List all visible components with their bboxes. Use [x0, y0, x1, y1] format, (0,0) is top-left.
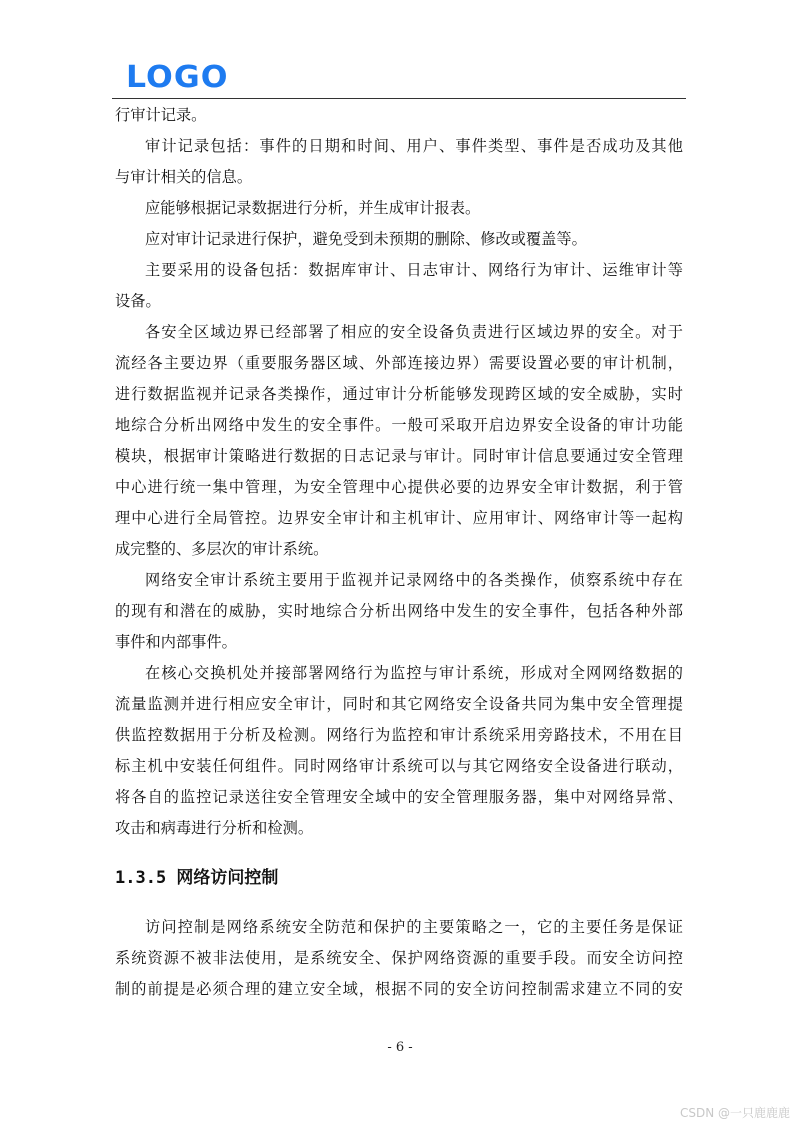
paragraph-line: 系统资源不被非法使用，是系统安全、保护网络资源的重要手段。而安全访问控 [115, 943, 683, 974]
paragraph-line: 与审计相关的信息。 [115, 162, 683, 193]
paragraph-line: 应能够根据记录数据进行分析，并生成审计报表。 [115, 193, 683, 224]
paragraph-line: 应对审计记录进行保护，避免受到未预期的删除、修改或覆盖等。 [115, 224, 683, 255]
paragraph-line: 访问控制是网络系统安全防范和保护的主要策略之一，它的主要任务是保证 [115, 912, 683, 943]
paragraph-line: 进行数据监视并记录各类操作，通过审计分析能够发现跨区域的安全威胁，实时 [115, 379, 683, 410]
paragraph-line: 审计记录包括：事件的日期和时间、用户、事件类型、事件是否成功及其他 [115, 131, 683, 162]
paragraph-line: 制的前提是必须合理的建立安全域，根据不同的安全访问控制需求建立不同的安 [115, 974, 683, 1005]
paragraph-line: 在核心交换机处并接部署网络行为监控与审计系统，形成对全网网络数据的 [115, 658, 683, 689]
paragraph-line: 行审计记录。 [115, 100, 683, 131]
paragraph-line: 中心进行统一集中管理，为安全管理中心提供必要的边界安全审计数据，利于管 [115, 472, 683, 503]
logo: LOGO [126, 63, 229, 93]
paragraph-line: 攻击和病毒进行分析和检测。 [115, 813, 683, 844]
paragraph-line: 标主机中安装任何组件。同时网络审计系统可以与其它网络安全设备进行联动， [115, 751, 683, 782]
paragraph-line: 成完整的、多层次的审计系统。 [115, 534, 683, 565]
paragraph-line: 流量监测并进行相应安全审计，同时和其它网络安全设备共同为集中安全管理提 [115, 689, 683, 720]
paragraph-line: 设备。 [115, 286, 683, 317]
document-body: 行审计记录。 审计记录包括：事件的日期和时间、用户、事件类型、事件是否成功及其他… [115, 100, 683, 1005]
paragraph-line: 主要采用的设备包括：数据库审计、日志审计、网络行为审计、运维审计等 [115, 255, 683, 286]
page-number: - 6 - [0, 1040, 800, 1055]
watermark: CSDN @一只鹿鹿鹿 [680, 1104, 790, 1121]
paragraph-line: 事件和内部事件。 [115, 627, 683, 658]
paragraph-line: 各安全区域边界已经部署了相应的安全设备负责进行区域边界的安全。对于 [115, 317, 683, 348]
paragraph-line: 流经各主要边界（重要服务器区域、外部连接边界）需要设置必要的审计机制， [115, 348, 683, 379]
paragraph-line: 供监控数据用于分析及检测。网络行为监控和审计系统采用旁路技术，不用在目 [115, 720, 683, 751]
header-rule [112, 98, 686, 99]
paragraph-line: 地综合分析出网络中发生的安全事件。一般可采取开启边界安全设备的审计功能 [115, 410, 683, 441]
paragraph-line: 将各自的监控记录送往安全管理安全域中的安全管理服务器，集中对网络异常、 [115, 782, 683, 813]
paragraph-line: 的现有和潜在的威胁，实时地综合分析出网络中发生的安全事件，包括各种外部 [115, 596, 683, 627]
section-heading: 1.3.5 网络访问控制 [115, 847, 683, 909]
paragraph-line: 模块，根据审计策略进行数据的日志记录与审计。同时审计信息要通过安全管理 [115, 441, 683, 472]
paragraph-line: 网络安全审计系统主要用于监视并记录网络中的各类操作，侦察系统中存在 [115, 565, 683, 596]
paragraph-line: 理中心进行全局管控。边界安全审计和主机审计、应用审计、网络审计等一起构 [115, 503, 683, 534]
